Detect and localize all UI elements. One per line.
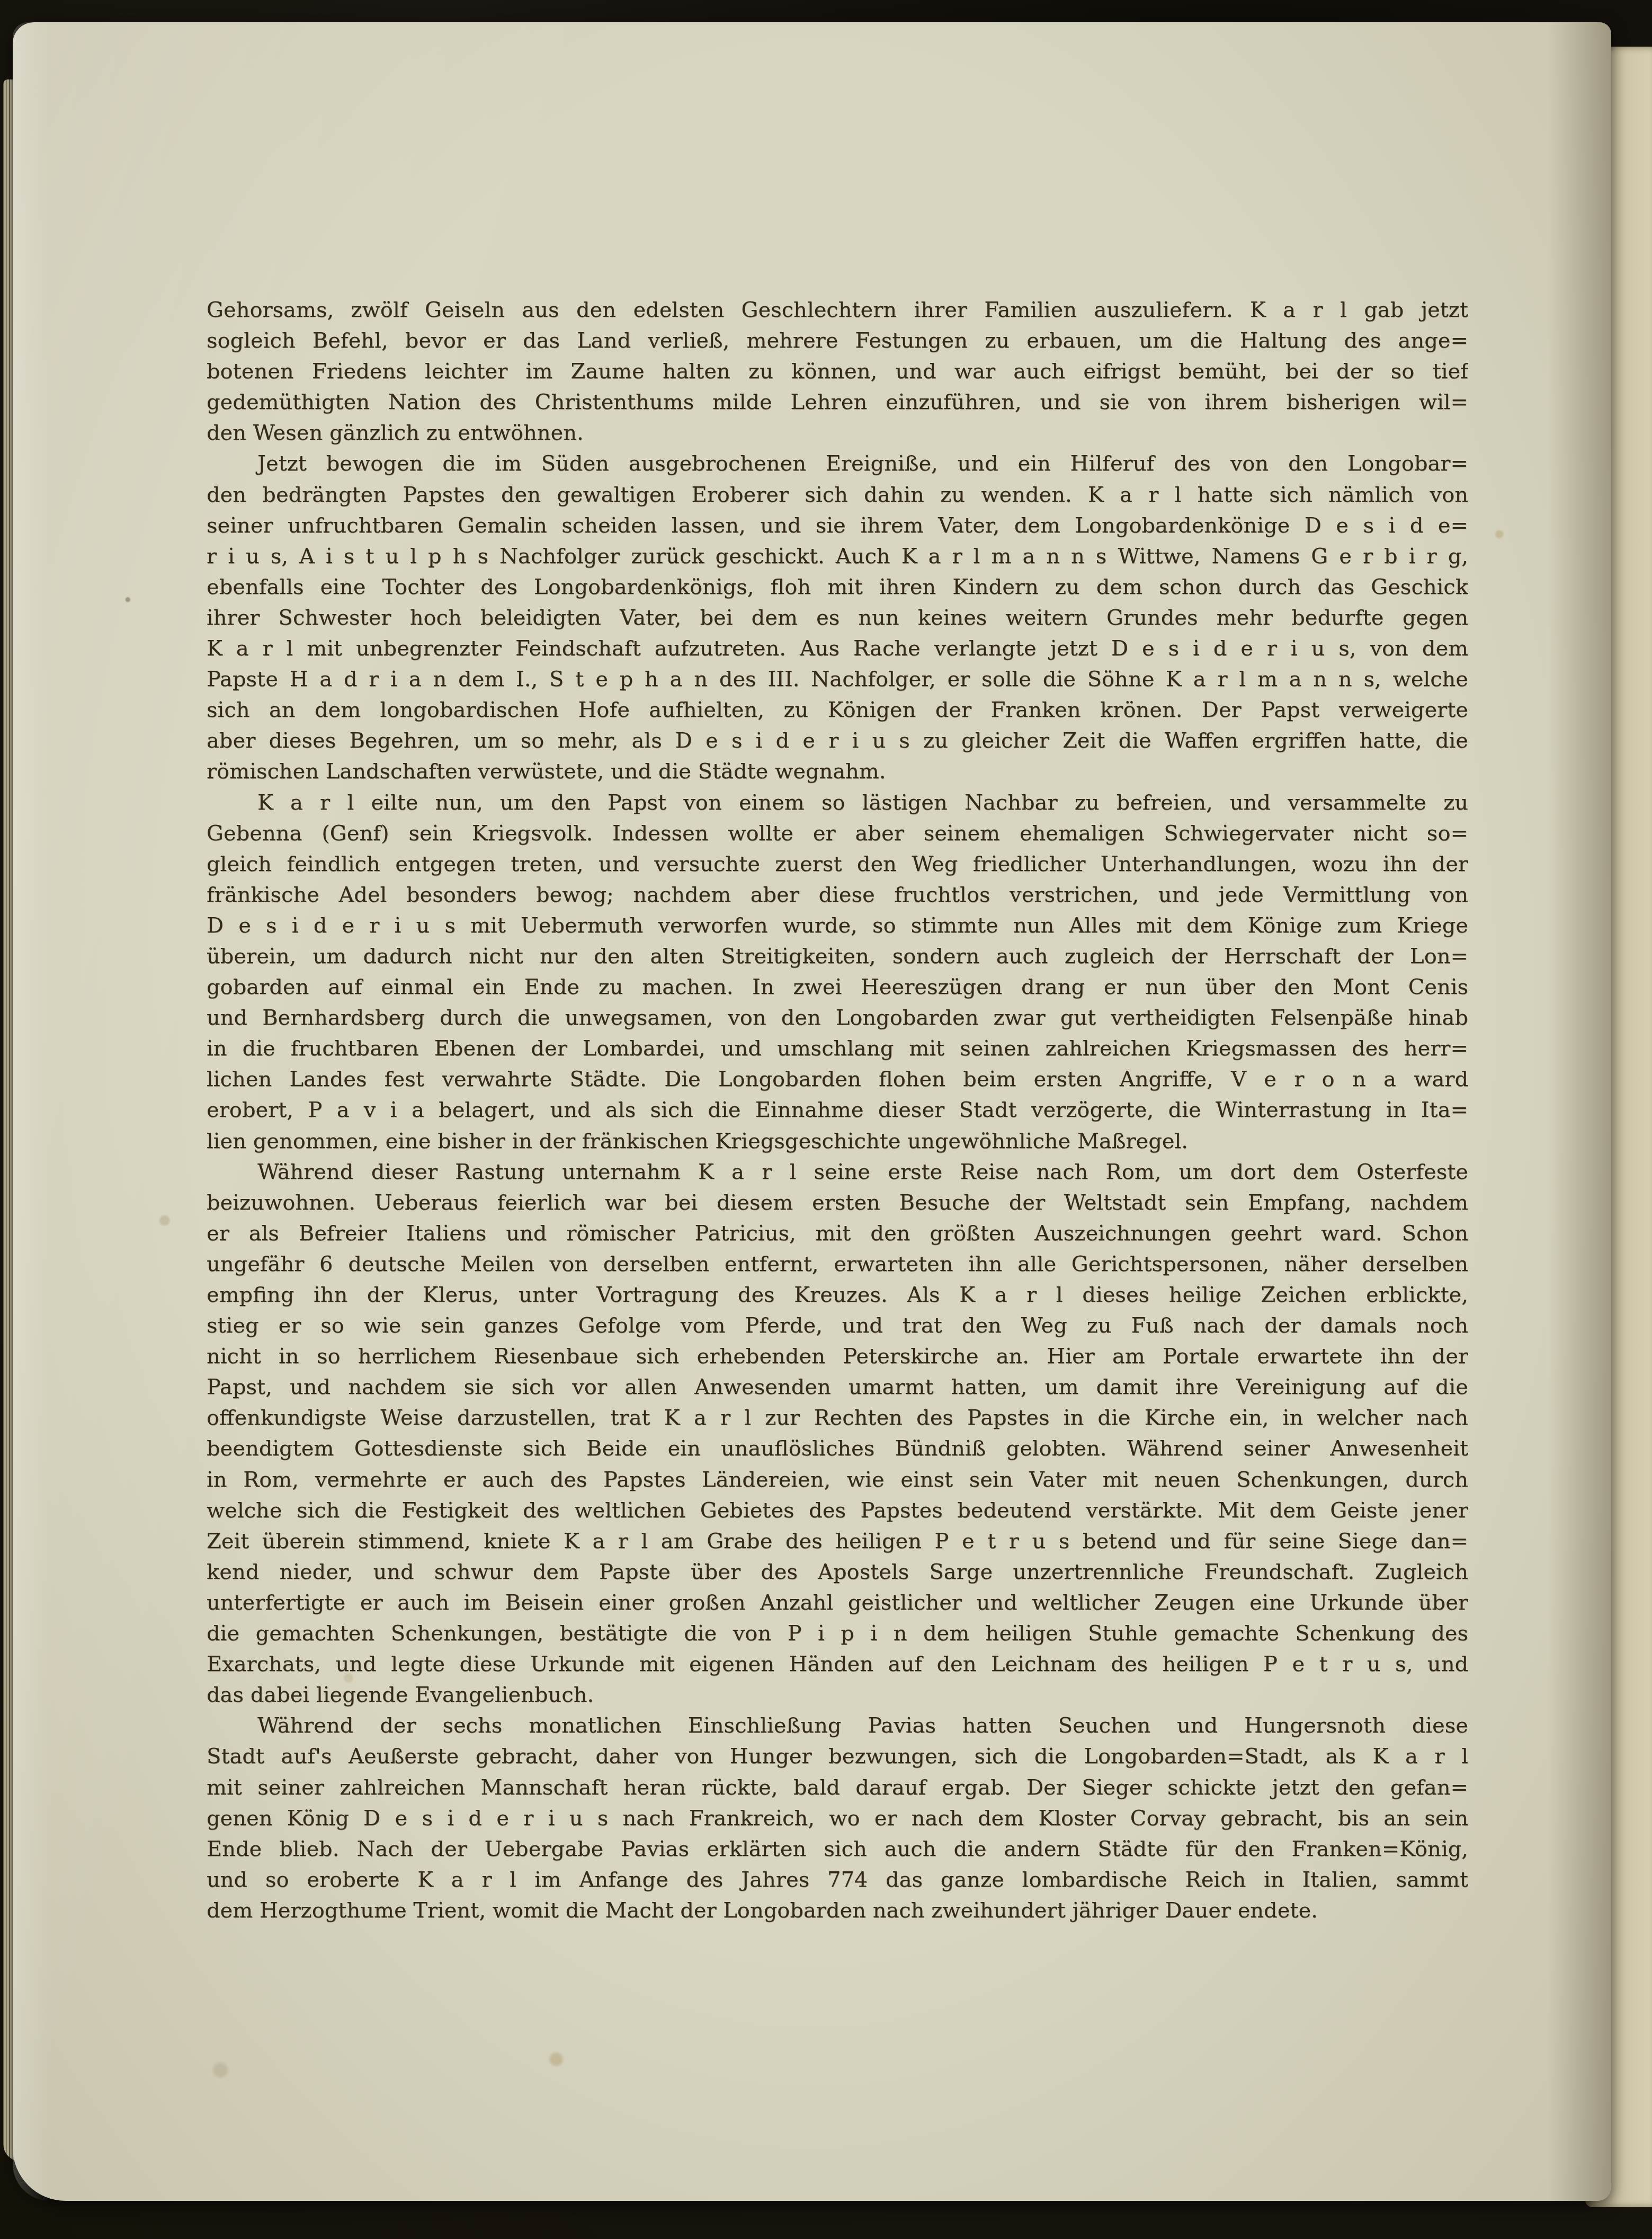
page-text: Gehorsams, zwölf Geiseln aus den edelste…: [207, 295, 1468, 1926]
text-line: aber dieses Begehren, um so mehr, als D …: [207, 725, 1468, 756]
text-line: r i u s, A i s t u l p h s Nachfolger zu…: [207, 541, 1468, 572]
text-line: den bedrängten Papstes den gewaltigen Er…: [207, 479, 1468, 510]
photograph-background: { "colors": { "background": "#17140e", "…: [0, 0, 1652, 2239]
text-line: dem Herzogthume Trient, womit die Macht …: [207, 1895, 1468, 1926]
text-line: Während dieser Rastung unternahm K a r l…: [207, 1157, 1468, 1187]
page-left-edge-highlight: [13, 22, 50, 2201]
text-line: gedemüthigten Nation des Christenthums m…: [207, 387, 1468, 417]
text-line: gobarden auf einmal ein Ende zu machen. …: [207, 972, 1468, 1002]
text-line: offenkundigste Weise darzustellen, trat …: [207, 1402, 1468, 1433]
text-line: empfing ihn der Klerus, unter Vortragung…: [207, 1280, 1468, 1310]
text-line: genen König D e s i d e r i u s nach Fra…: [207, 1803, 1468, 1834]
text-line: Papst, und nachdem sie sich vor allen An…: [207, 1372, 1468, 1402]
text-line: gleich feindlich entgegen treten, und ve…: [207, 849, 1468, 879]
text-line: die gemachten Schenkungen, bestätigte di…: [207, 1618, 1468, 1649]
text-line: Jetzt bewogen die im Süden ausgebrochene…: [207, 448, 1468, 479]
text-line: den Wesen gänzlich zu entwöhnen.: [207, 417, 1468, 448]
text-line: lien genommen, eine bisher in der fränki…: [207, 1126, 1468, 1157]
text-line: welche sich die Festigkeit des weltliche…: [207, 1495, 1468, 1526]
text-line: Exarchats, und legte diese Urkunde mit e…: [207, 1649, 1468, 1680]
text-line: erobert, P a v i a belagert, und als sic…: [207, 1095, 1468, 1125]
text-line: beizuwohnen. Ueberaus feierlich war bei …: [207, 1187, 1468, 1218]
text-line: K a r l mit unbegrenzter Feindschaft auf…: [207, 633, 1468, 664]
text-line: Während der sechs monatlichen Einschließ…: [207, 1710, 1468, 1741]
text-line: botenen Friedens leichter im Zaume halte…: [207, 356, 1468, 387]
text-line: mit seiner zahlreichen Mannschaft heran …: [207, 1772, 1468, 1803]
text-line: Papste H a d r i a n dem I., S t e p h a…: [207, 664, 1468, 695]
text-line: in Rom, vermehrte er auch des Papstes Lä…: [207, 1464, 1468, 1495]
text-line: sich an dem longobardischen Hofe aufhiel…: [207, 695, 1468, 725]
binding-gutter-shadow: [1548, 22, 1611, 2201]
text-line: er als Befreier Italiens und römischer P…: [207, 1218, 1468, 1249]
text-line: beendigtem Gottesdienste sich Beide ein …: [207, 1433, 1468, 1464]
text-line: Gebenna (Genf) sein Kriegsvolk. Indessen…: [207, 818, 1468, 849]
text-line: sogleich Befehl, bevor er das Land verli…: [207, 325, 1468, 356]
text-line: und so eroberte K a r l im Anfange des J…: [207, 1864, 1468, 1895]
text-line: ihrer Schwester hoch beleidigten Vater, …: [207, 602, 1468, 633]
text-line: K a r l eilte nun, um den Papst von eine…: [207, 787, 1468, 818]
text-line: D e s i d e r i u s mit Uebermuth verwor…: [207, 910, 1468, 941]
text-line: das dabei liegende Evangelienbuch.: [207, 1680, 1468, 1710]
text-line: Stadt auf's Aeußerste gebracht, daher vo…: [207, 1741, 1468, 1772]
text-line: ungefähr 6 deutsche Meilen von derselben…: [207, 1249, 1468, 1280]
text-line: und Bernhardsberg durch die unwegsamen, …: [207, 1002, 1468, 1033]
text-line: fränkische Adel besonders bewog; nachdem…: [207, 879, 1468, 910]
text-line: nicht in so herrlichem Riesenbaue sich e…: [207, 1341, 1468, 1372]
text-line: kend nieder, und schwur dem Papste über …: [207, 1557, 1468, 1587]
text-line: seiner unfruchtbaren Gemalin scheiden la…: [207, 510, 1468, 541]
text-line: überein, um dadurch nicht nur den alten …: [207, 941, 1468, 972]
text-line: Gehorsams, zwölf Geiseln aus den edelste…: [207, 295, 1468, 325]
text-line: unterfertigte er auch im Beisein einer g…: [207, 1587, 1468, 1618]
text-line: lichen Landes fest verwahrte Städte. Die…: [207, 1064, 1468, 1095]
text-line: ebenfalls eine Tochter des Longobardenkö…: [207, 572, 1468, 602]
text-line: Zeit überein stimmend, kniete K a r l am…: [207, 1526, 1468, 1557]
text-line: stieg er so wie sein ganzes Gefolge vom …: [207, 1310, 1468, 1341]
text-line: römischen Landschaften verwüstete, und d…: [207, 756, 1468, 787]
book-page: Gehorsams, zwölf Geiseln aus den edelste…: [13, 22, 1611, 2201]
text-line: Ende blieb. Nach der Uebergabe Pavias er…: [207, 1834, 1468, 1864]
text-line: in die fruchtbaren Ebenen der Lombardei,…: [207, 1033, 1468, 1064]
